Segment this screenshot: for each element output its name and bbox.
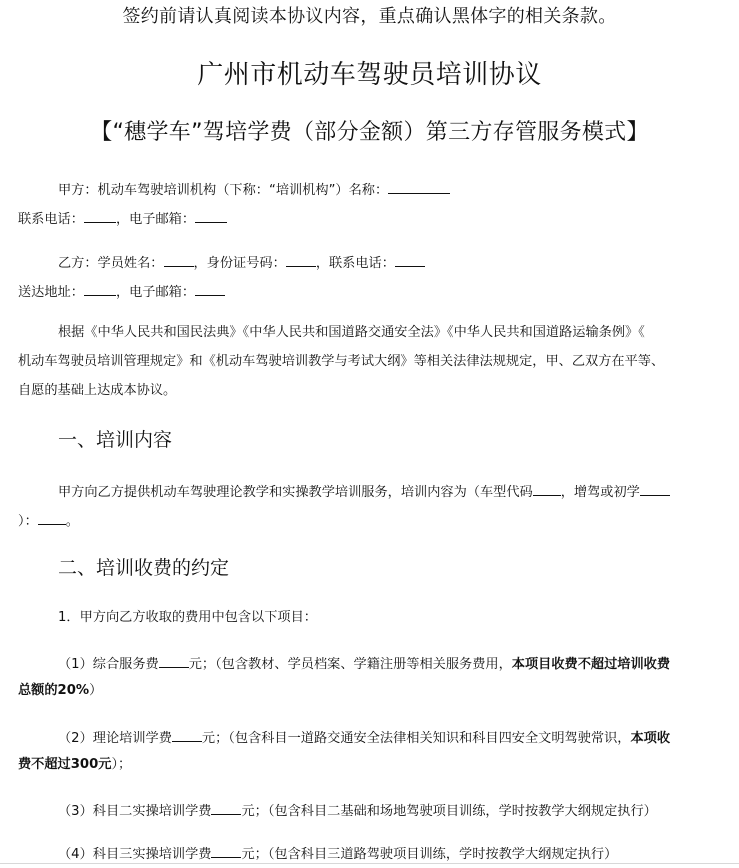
fee-1-desc: 元；（包含教材、学员档案、学籍注册等相关服务费用， bbox=[189, 657, 512, 672]
fee-2-limit-bold-cont: 费不超过300元 bbox=[18, 757, 111, 772]
party-b-line-2: 送达地址：，电子邮箱： bbox=[18, 283, 225, 299]
party-a-phone-label: 联系电话： bbox=[18, 212, 84, 227]
fee-2-line-1: （2）理论培训学费元；（包含科目一道路交通安全法律相关知识和科目四安全文明驾驶常… bbox=[58, 729, 670, 745]
basis-line-2: 机动车驾驶员培训管理规定》和《机动车驾驶培训教学与考试大纲》等相关法律法规规定，… bbox=[18, 355, 664, 368]
fee-2-limit-bold: 本项收 bbox=[630, 731, 670, 746]
fee-item-1-intro: 1．甲方向乙方收取的费用中包含以下项目： bbox=[58, 611, 317, 624]
party-a-line-1: 甲方：机动车驾驶培训机构（下称：“培训机构”）名称： bbox=[58, 181, 450, 197]
party-b-line-1: 乙方：学员姓名：，身份证号码：，联系电话： bbox=[58, 254, 425, 270]
page-divider bbox=[0, 863, 739, 864]
fee-4-line: （4）科目三实操培训学费元；（包含科目三道路驾驶项目训练，学时按教学大纲规定执行… bbox=[58, 845, 617, 861]
fee-1-line-1: （1）综合服务费元；（包含教材、学员档案、学籍注册等相关服务费用，本项目收费不超… bbox=[58, 655, 670, 671]
fee-1-tail: ） bbox=[89, 683, 102, 698]
fee-4-amount-blank[interactable] bbox=[211, 845, 241, 858]
section-1-heading: 一、培训内容 bbox=[58, 431, 172, 450]
party-b-address-blank[interactable] bbox=[84, 283, 116, 296]
section-1-line-2: ）：。 bbox=[18, 512, 79, 528]
party-b-name-label: 乙方：学员姓名： bbox=[58, 256, 164, 271]
fee-3-label: （3）科目二实操培训学费 bbox=[58, 804, 211, 819]
section-2-heading: 二、培训收费的约定 bbox=[58, 559, 229, 578]
training-content-text: 甲方向乙方提供机动车驾驶理论教学和实操教学培训服务，培训内容为（车型代码 bbox=[58, 485, 533, 500]
document-title: 广州市机动车驾驶员培训协议 bbox=[0, 62, 739, 88]
party-a-email-blank[interactable] bbox=[195, 210, 227, 223]
party-a-email-label: 电子邮箱： bbox=[129, 212, 195, 227]
party-a-name-label: 甲方：机动车驾驶培训机构（下称：“培训机构”）名称： bbox=[58, 183, 388, 198]
party-b-phone-label: ，联系电话： bbox=[316, 256, 395, 271]
fee-2-line-2: 费不超过300元）； bbox=[18, 758, 131, 771]
fee-2-tail: ）； bbox=[111, 757, 131, 772]
separator: ， bbox=[116, 212, 129, 227]
fee-2-desc: 元；（包含科目一道路交通安全法律相关知识和科目四安全文明驾驶常识， bbox=[202, 731, 631, 746]
party-b-name-blank[interactable] bbox=[164, 254, 194, 267]
party-b-address-label: 送达地址： bbox=[18, 285, 84, 300]
basis-line-3: 自愿的基础上达成本协议。 bbox=[18, 384, 176, 397]
party-a-line-2: 联系电话：，电子邮箱： bbox=[18, 210, 227, 226]
party-a-phone-blank[interactable] bbox=[84, 210, 116, 223]
party-b-id-blank[interactable] bbox=[286, 254, 316, 267]
fee-3-amount-blank[interactable] bbox=[211, 802, 241, 815]
fee-2-label: （2）理论培训学费 bbox=[58, 731, 172, 746]
fee-1-amount-blank[interactable] bbox=[159, 655, 189, 668]
fee-4-label: （4）科目三实操培训学费 bbox=[58, 847, 211, 862]
party-a-name-blank[interactable] bbox=[388, 181, 450, 194]
fee-1-limit-bold: 本项目收费不超过培训收费 bbox=[512, 657, 670, 672]
fee-1-label: （1）综合服务费 bbox=[58, 657, 159, 672]
agreement-page: 签约前请认真阅读本协议内容，重点确认黑体字的相关条款。 广州市机动车驾驶员培训协… bbox=[0, 0, 739, 868]
section-1-line-1: 甲方向乙方提供机动车驾驶理论教学和实操教学培训服务，培训内容为（车型代码，增驾或… bbox=[58, 483, 670, 499]
fee-3-line: （3）科目二实操培训学费元；（包含科目二基础和场地驾驶项目训练，学时按教学大纲规… bbox=[58, 802, 657, 818]
party-b-email-label: ，电子邮箱： bbox=[116, 285, 195, 300]
period: 。 bbox=[66, 514, 79, 529]
party-b-phone-blank[interactable] bbox=[395, 254, 425, 267]
fee-1-line-2: 总额的20%） bbox=[18, 684, 102, 697]
fee-4-desc: 元；（包含科目三道路驾驶项目训练，学时按教学大纲规定执行） bbox=[241, 847, 617, 862]
document-subtitle: 【“穗学车”驾培学费（部分金额）第三方存管服务模式】 bbox=[0, 122, 739, 144]
fee-1-limit-bold-cont: 总额的20% bbox=[18, 683, 89, 698]
training-detail-label: ）： bbox=[18, 514, 38, 529]
basis-line-1: 根据《中华人民共和国民法典》《中华人民共和国道路交通安全法》《中华人民共和国道路… bbox=[58, 326, 645, 339]
fee-3-desc: 元；（包含科目二基础和场地驾驶项目训练，学时按教学大纲规定执行） bbox=[241, 804, 656, 819]
training-detail-blank[interactable] bbox=[38, 512, 66, 525]
signing-notice: 签约前请认真阅读本协议内容，重点确认黑体字的相关条款。 bbox=[0, 8, 739, 26]
add-or-new-blank[interactable] bbox=[640, 483, 670, 496]
add-or-new-label: ，增驾或初学 bbox=[561, 485, 640, 500]
party-b-id-label: ，身份证号码： bbox=[194, 256, 286, 271]
fee-2-amount-blank[interactable] bbox=[172, 729, 202, 742]
vehicle-code-blank[interactable] bbox=[533, 483, 561, 496]
party-b-email-blank[interactable] bbox=[195, 283, 225, 296]
